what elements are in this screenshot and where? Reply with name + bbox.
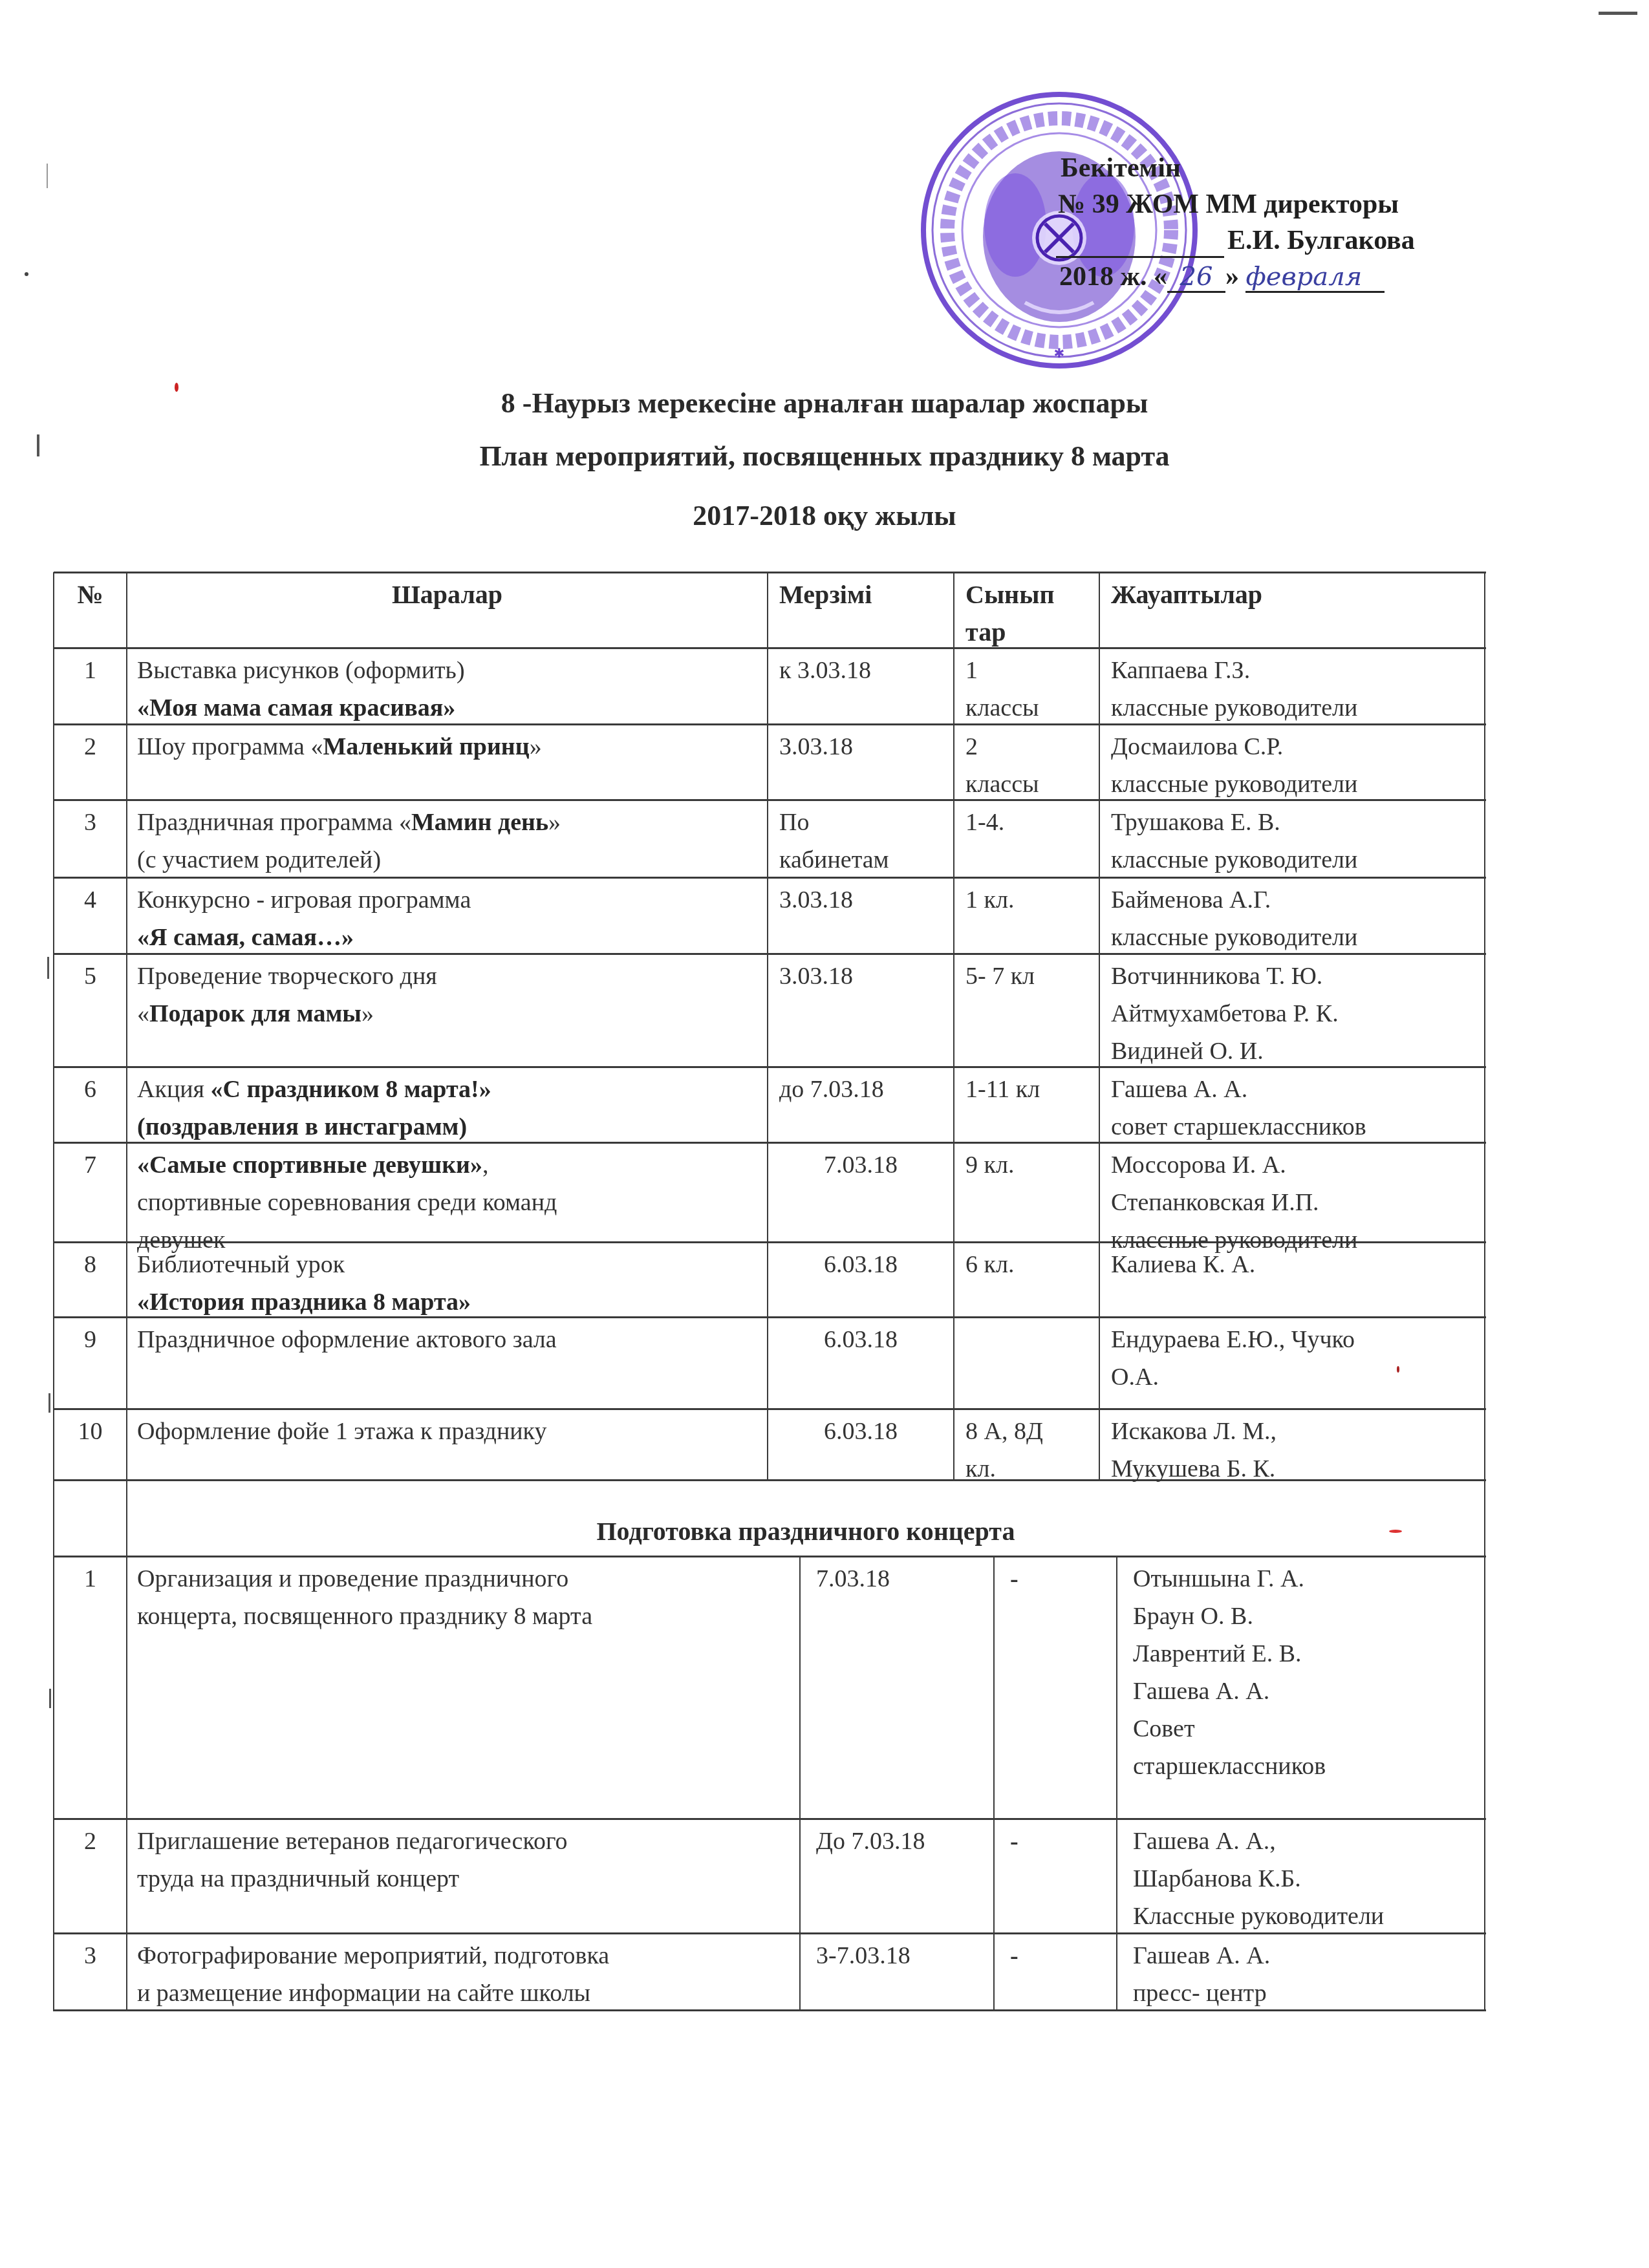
concert-row-num: 2 (54, 1823, 127, 1860)
scan-artifact (37, 434, 39, 456)
row-responsible-line: Байменова А.Г. (1111, 881, 1483, 919)
section-title: Подготовка праздничного концерта (127, 1516, 1485, 1546)
header-responsible-line: Жауаптылар (1111, 576, 1480, 614)
director-name: Е.И. Булгакова (1227, 226, 1415, 255)
concert-row-event-line: и размещение информации на сайте школы (137, 1974, 797, 2012)
scan-artifact (47, 164, 48, 188)
event-title: «С праздником 8 марта!» (211, 1076, 491, 1103)
scan-artifact (1599, 12, 1637, 15)
row-responsible-line: Трушакова Е. В. (1111, 804, 1483, 841)
concert-row-event: Организация и проведение праздничногокон… (137, 1560, 797, 1635)
header-classes-line: тар (965, 614, 1101, 651)
row-event-line: Праздничная программа «Мамин день» (137, 804, 764, 841)
scan-artifact (175, 383, 178, 392)
concert-row-num-line: 2 (54, 1823, 127, 1860)
row-num-line: 8 (54, 1246, 127, 1283)
row-classes: 1-4. (965, 804, 1095, 841)
header-classes: Сыныптар (965, 576, 1101, 651)
row-num: 4 (54, 881, 127, 919)
row-num: 8 (54, 1246, 127, 1283)
row-responsible: Ендураева Е.Ю., ЧучкоО.А. (1111, 1321, 1483, 1396)
row-responsible: Моссорова И. А.Степанковская И.П.классны… (1111, 1146, 1483, 1259)
row-num-line: 4 (54, 881, 127, 919)
signature-line (1056, 256, 1224, 258)
row-classes: 1-11 кл (965, 1071, 1095, 1108)
row-date: до 7.03.18 (779, 1071, 954, 1108)
concert-row-num: 3 (54, 1937, 127, 1974)
title-russian: План мероприятий, посвященных празднику … (0, 440, 1649, 473)
row-responsible-line: О.А. (1111, 1358, 1483, 1396)
title-kazakh: 8 -Наурыз мерекесіне арналған шаралар жо… (0, 387, 1649, 420)
header-date: Мерзімі (779, 576, 954, 614)
table-rule (54, 1818, 1486, 1820)
concert-row-event-line: труда на праздничный концерт (137, 1860, 797, 1898)
row-date-line: до 7.03.18 (779, 1071, 954, 1108)
row-date: 3.03.18 (779, 957, 954, 995)
row-classes: 1классы (965, 652, 1095, 727)
row-event-line: Праздничное оформление актового зала (137, 1321, 764, 1358)
table-rule (1116, 1556, 1117, 2011)
row-responsible-line: Видиней О. И. (1111, 1032, 1483, 1070)
row-event: Праздничная программа «Мамин день»(с уча… (137, 804, 764, 879)
row-event: Акция «С праздником 8 марта!»(поздравлен… (137, 1071, 764, 1146)
row-event: Библиотечный урок «История праздника 8 м… (137, 1246, 764, 1321)
date-month: февраля (1245, 262, 1385, 293)
approval-date: 2018 ж. «26» февраля (1059, 259, 1415, 295)
row-event-line: спортивные соревнования среди команд (137, 1184, 764, 1221)
table-rule (1484, 572, 1485, 1481)
row-responsible-line: классные руководители (1111, 919, 1483, 956)
scan-artifact (25, 272, 28, 276)
row-event: Конкурсно - игровая программа «Я самая, … (137, 881, 764, 956)
row-date: 6.03.18 (768, 1246, 954, 1283)
table-rule (993, 1556, 995, 2011)
concert-row-responsible-line: Совет (1133, 1710, 1482, 1748)
row-responsible-line: Айтмухамбетова Р. К. (1111, 995, 1483, 1032)
row-num-line: 1 (54, 652, 127, 689)
concert-row-date: До 7.03.18 (816, 1823, 991, 1860)
row-event-line: Акция «С праздником 8 марта!» (137, 1071, 764, 1108)
concert-row-classes: - (1010, 1560, 1114, 1598)
scan-artifact (1397, 1366, 1399, 1373)
row-responsible: Вотчинникова Т. Ю.Айтмухамбетова Р. К.Ви… (1111, 957, 1483, 1070)
approval-heading: Бекітемін (1059, 150, 1415, 186)
date-suffix: » (1225, 262, 1239, 292)
row-event-line: (с участием родителей) (137, 841, 764, 879)
row-date: 3.03.18 (779, 728, 954, 765)
row-event-line: «Я самая, самая…» (137, 919, 764, 956)
event-title: «Самые спортивные девушки» (137, 1151, 482, 1179)
concert-row-classes-line: - (1010, 1560, 1114, 1598)
row-classes-line: 1-4. (965, 804, 1095, 841)
row-responsible-line: Досмаилова С.Р. (1111, 728, 1483, 765)
row-event-line: Шоу программа «Маленький принц» (137, 728, 764, 765)
row-date: Покабинетам (779, 804, 954, 879)
date-day: 26 (1167, 262, 1225, 293)
scan-artifact (47, 957, 49, 979)
header-event-line: Шаралар (127, 576, 768, 614)
table-rule (53, 1480, 54, 1557)
row-event: Проведение творческого дня«Подарок для м… (137, 957, 764, 1032)
row-responsible-line: Степанковская И.П. (1111, 1184, 1483, 1221)
concert-row-responsible-line: старшеклассников (1133, 1748, 1482, 1785)
concert-row-classes-line: - (1010, 1937, 1114, 1974)
row-date-line: По (779, 804, 954, 841)
row-classes-line: 1 (965, 652, 1095, 689)
row-event-line: Выставка рисунков (оформить) (137, 652, 764, 689)
row-responsible-line: Моссорова И. А. (1111, 1146, 1483, 1184)
table-rule (54, 1556, 1486, 1557)
row-num-line: 10 (54, 1413, 127, 1450)
row-date: к 3.03.18 (779, 652, 954, 689)
concert-row-classes-line: - (1010, 1823, 1114, 1860)
table-rule (1484, 1556, 1485, 2011)
row-classes-line: 6 кл. (965, 1246, 1095, 1283)
concert-row-date-line: 3-7.03.18 (816, 1937, 991, 1974)
row-event: Выставка рисунков (оформить)«Моя мама са… (137, 652, 764, 727)
row-num: 10 (54, 1413, 127, 1450)
row-num: 5 (54, 957, 127, 995)
row-classes-line: 1 кл. (965, 881, 1095, 919)
row-responsible-line: Ендураева Е.Ю., Чучко (1111, 1321, 1483, 1358)
row-classes: 6 кл. (965, 1246, 1095, 1283)
scan-artifact (49, 1689, 51, 1708)
concert-row-date: 7.03.18 (816, 1560, 991, 1598)
row-num-line: 7 (54, 1146, 127, 1184)
concert-row-event-line: концерта, посвященного празднику 8 марта (137, 1598, 797, 1635)
row-event-line: (поздравления в инстаграмм) (137, 1108, 764, 1146)
date-prefix: 2018 ж. « (1059, 262, 1167, 292)
row-num-line: 5 (54, 957, 127, 995)
scan-artifact (1389, 1530, 1402, 1533)
row-classes: 8 А, 8Дкл. (965, 1413, 1095, 1488)
svg-text:✱: ✱ (1054, 347, 1065, 361)
row-event-line: Оформление фойе 1 этажа к празднику (137, 1413, 764, 1450)
concert-row-num-line: 1 (54, 1560, 127, 1598)
row-classes-line: кл. (965, 1450, 1095, 1488)
row-num: 6 (54, 1071, 127, 1108)
row-classes: 2классы (965, 728, 1095, 803)
concert-row-date-line: 7.03.18 (816, 1560, 991, 1598)
row-date: 7.03.18 (768, 1146, 954, 1184)
row-classes: 5- 7 кл (965, 957, 1095, 995)
row-event-line: Конкурсно - игровая программа (137, 881, 764, 919)
event-title: Маленький принц (323, 733, 529, 760)
header-num: № (54, 576, 127, 614)
event-title: Подарок для мамы (149, 1000, 361, 1027)
table-rule (1099, 572, 1100, 1481)
row-event-line: Проведение творческого дня (137, 957, 764, 995)
row-num-line: 9 (54, 1321, 127, 1358)
row-responsible-line: Каппаева Г.З. (1111, 652, 1483, 689)
concert-row-responsible-line: Отыншына Г. А. (1133, 1560, 1482, 1598)
row-responsible-line: Вотчинникова Т. Ю. (1111, 957, 1483, 995)
approval-org: № 39 ЖОМ ММ директоры (1058, 186, 1415, 222)
row-event: Шоу программа «Маленький принц» (137, 728, 764, 765)
row-responsible-line: классные руководители (1111, 689, 1483, 727)
row-responsible: Досмаилова С.Р.классные руководители (1111, 728, 1483, 803)
row-responsible: Искакова Л. М.,Мукушева Б. К. (1111, 1413, 1483, 1488)
row-event: Праздничное оформление актового зала (137, 1321, 764, 1358)
row-classes-line: 2 (965, 728, 1095, 765)
concert-row-date: 3-7.03.18 (816, 1937, 991, 1974)
concert-row-num: 1 (54, 1560, 127, 1598)
row-date-line: 3.03.18 (779, 957, 954, 995)
row-num-line: 3 (54, 804, 127, 841)
row-responsible: Калиева К. А. (1111, 1246, 1483, 1283)
row-date-line: к 3.03.18 (779, 652, 954, 689)
scan-artifact (48, 1393, 50, 1413)
row-classes-line: классы (965, 689, 1095, 727)
row-responsible-line: совет старшеклассников (1111, 1108, 1483, 1146)
concert-row-responsible: Отыншына Г. А.Браун О. В.Лаврентий Е. В.… (1133, 1560, 1482, 1785)
row-event-line: «Моя мама самая красивая» (137, 689, 764, 727)
row-date-line: 6.03.18 (768, 1246, 954, 1283)
row-num: 1 (54, 652, 127, 689)
title-year: 2017-2018 оқу жылы (0, 499, 1649, 532)
row-classes: 9 кл. (965, 1146, 1095, 1184)
concert-row-responsible-line: Браун О. В. (1133, 1598, 1482, 1635)
row-event-line: «Подарок для мамы» (137, 995, 764, 1032)
row-date-line: кабинетам (779, 841, 954, 879)
event-title: «Я самая, самая…» (137, 924, 354, 951)
concert-row-classes: - (1010, 1823, 1114, 1860)
row-event: Оформление фойе 1 этажа к празднику (137, 1413, 764, 1450)
concert-row-event: Фотографирование мероприятий, подготовка… (137, 1937, 797, 2012)
table-rule (54, 647, 1486, 649)
event-title: «Моя мама самая красивая» (137, 694, 455, 722)
concert-row-responsible-line: Гашева А. А. (1133, 1673, 1482, 1710)
row-responsible: Байменова А.Г.классные руководители (1111, 881, 1483, 956)
header-date-line: Мерзімі (779, 576, 954, 614)
row-date-line: 7.03.18 (768, 1146, 954, 1184)
row-responsible-line: классные руководители (1111, 765, 1483, 803)
row-responsible-line: Искакова Л. М., (1111, 1413, 1483, 1450)
row-responsible-line: классные руководители (1111, 841, 1483, 879)
approval-block: Бекітемін № 39 ЖОМ ММ директоры Е.И. Бул… (1059, 150, 1415, 295)
header-num-line: № (54, 576, 127, 614)
concert-row-responsible: Гашеав А. А.пресс- центр (1133, 1937, 1482, 2012)
row-classes-line: 9 кл. (965, 1146, 1095, 1184)
row-date: 3.03.18 (779, 881, 954, 919)
row-num: 9 (54, 1321, 127, 1358)
row-date: 6.03.18 (768, 1321, 954, 1358)
row-date: 6.03.18 (768, 1413, 954, 1450)
row-classes-line: 8 А, 8Д (965, 1413, 1095, 1450)
row-responsible-line: Мукушева Б. К. (1111, 1450, 1483, 1488)
concert-row-event-line: Приглашение ветеранов педагогического (137, 1823, 797, 1860)
row-classes-line: 5- 7 кл (965, 957, 1095, 995)
concert-row-responsible-line: Гашева А. А., (1133, 1823, 1482, 1860)
row-responsible-line: Калиева К. А. (1111, 1246, 1483, 1283)
row-classes-line: классы (965, 765, 1095, 803)
row-classes: 1 кл. (965, 881, 1095, 919)
header-responsible: Жауаптылар (1111, 576, 1480, 614)
row-date-line: 3.03.18 (779, 728, 954, 765)
concert-row-event: Приглашение ветеранов педагогическоготру… (137, 1823, 797, 1898)
approval-director: Е.И. Булгакова (1059, 222, 1415, 259)
header-event: Шаралар (127, 576, 768, 614)
row-num: 3 (54, 804, 127, 841)
row-responsible: Гашева А. А.совет старшеклассников (1111, 1071, 1483, 1146)
header-classes-line: Сынып (965, 576, 1101, 614)
concert-row-responsible-line: пресс- центр (1133, 1974, 1482, 2012)
concert-row-responsible-line: Шарбанова К.Б. (1133, 1860, 1482, 1898)
concert-row-responsible-line: Гашеав А. А. (1133, 1937, 1482, 1974)
concert-row-event-line: Фотографирование мероприятий, подготовка (137, 1937, 797, 1974)
table-rule (54, 572, 1486, 573)
event-title: Мамин день (411, 809, 548, 836)
row-date-line: 6.03.18 (768, 1413, 954, 1450)
row-event-line: «Самые спортивные девушки», (137, 1146, 764, 1184)
event-title: «История праздника 8 марта» (137, 1289, 471, 1316)
concert-row-responsible-line: Лаврентий Е. В. (1133, 1635, 1482, 1673)
row-date-line: 3.03.18 (779, 881, 954, 919)
event-title: (поздравления в инстаграмм) (137, 1113, 467, 1140)
row-num: 2 (54, 728, 127, 765)
concert-row-event-line: Организация и проведение праздничного (137, 1560, 797, 1598)
table-rule (799, 1556, 801, 2011)
concert-row-date-line: До 7.03.18 (816, 1823, 991, 1860)
row-responsible: Трушакова Е. В.классные руководители (1111, 804, 1483, 879)
row-responsible-line: Гашева А. А. (1111, 1071, 1483, 1108)
row-responsible: Каппаева Г.З.классные руководители (1111, 652, 1483, 727)
row-num-line: 2 (54, 728, 127, 765)
row-classes-line: 1-11 кл (965, 1071, 1095, 1108)
concert-row-num-line: 3 (54, 1937, 127, 1974)
row-num: 7 (54, 1146, 127, 1184)
concert-row-classes: - (1010, 1937, 1114, 1974)
row-event-line: Библиотечный урок (137, 1246, 764, 1283)
row-event: «Самые спортивные девушки»,спортивные со… (137, 1146, 764, 1259)
row-event-line: «История праздника 8 марта» (137, 1283, 764, 1321)
table-rule (54, 1408, 1486, 1410)
concert-row-responsible: Гашева А. А.,Шарбанова К.Б.Классные руко… (1133, 1823, 1482, 1935)
row-date-line: 6.03.18 (768, 1321, 954, 1358)
concert-row-responsible-line: Классные руководители (1133, 1898, 1482, 1935)
row-num-line: 6 (54, 1071, 127, 1108)
